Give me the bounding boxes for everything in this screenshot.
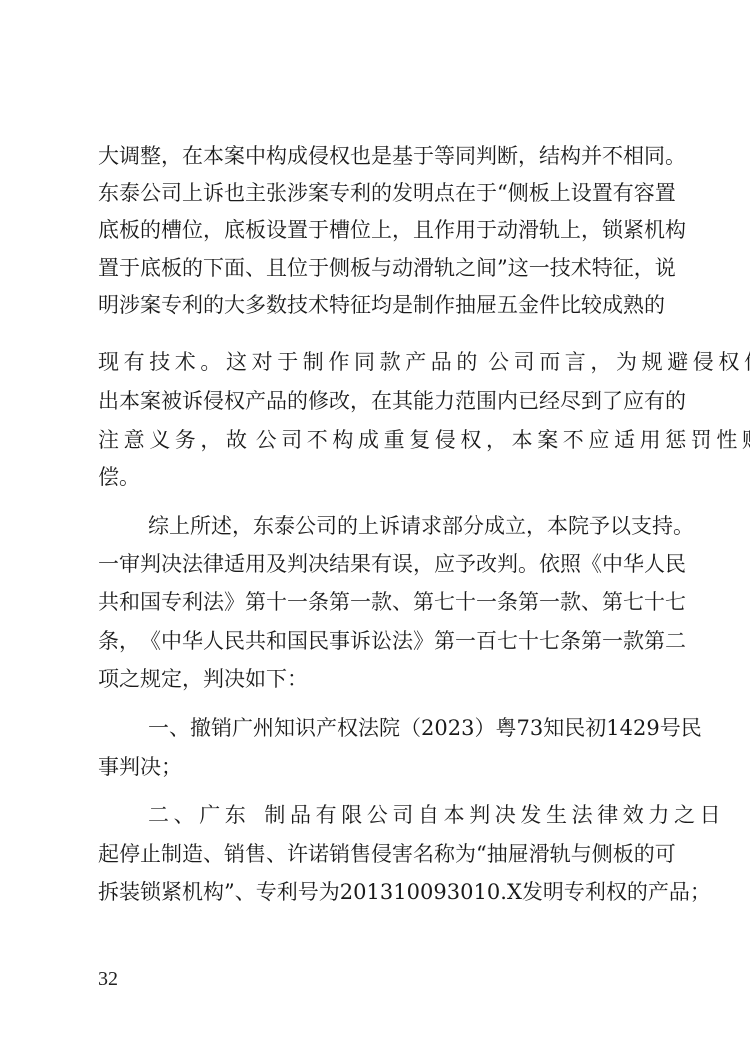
text-line: 注意义务，故 公司不构成重复侵权，本案不应适用惩罚性赔 [98, 425, 654, 455]
line-text-after: 公司不构成重复侵权，本案不应适用惩罚性赔 [256, 425, 750, 455]
line-text: 项之规定，判决如下： [98, 664, 308, 694]
text-line: 底板的槽位，底板设置于槽位上，且作用于动滑轨上，锁紧机构 [98, 215, 654, 245]
text-line: 明涉案专利的大多数技术特征均是制作抽屉五金件比较成熟的 [98, 290, 654, 320]
document-page: 大调整，在本案中构成侵权也是基于等同判断，结构并不相同。 东泰公司上诉也主张涉案… [0, 0, 750, 1061]
line-text-before: 注意义务，故 [98, 425, 252, 455]
text-line: 条，《中华人民共和国民事诉讼法》第一百七十七条第一款第二 [98, 626, 654, 656]
text-line: 起停止制造、销售、许诺销售侵害名称为“抽屉滑轨与侧板的可 [98, 839, 654, 869]
text-line: 置于底板的下面、且位于侧板与动滑轨之间”这一技术特征，说 [98, 253, 654, 283]
line-text-after: 制品有限公司自本判决发生法律效力之日 [264, 800, 725, 830]
text-line: 一、撤销广州知识产权法院（2023）粤 73 知民初 1429 号民 [98, 713, 654, 743]
line-text: 事判决； [98, 752, 182, 782]
text-line: 事判决； [98, 752, 654, 782]
text-line: 拆装锁紧机构”、专利号为 201310093010.X 发明专利权的产品； [98, 877, 654, 907]
text-line: 综上所述，东泰公司的上诉请求部分成立，本院予以支持。 [98, 511, 654, 541]
line-text-after: 公司而言，为规避侵权作 [488, 347, 750, 377]
text-line: 东泰公司上诉也主张涉案专利的发明点在于“侧板上设置有容置 [98, 178, 654, 208]
line-text-before: 二、广东 [148, 800, 250, 830]
line-text: 偿。 [98, 462, 140, 492]
text-line: 共和国专利法》第十一条第一款、第七十一条第一款、第七十七 [98, 587, 654, 617]
line-text-before: 现有技术。这对于制作同款产品的 [98, 347, 482, 377]
text-line: 偿。 [98, 462, 654, 492]
page-number: 32 [98, 968, 118, 991]
text-line: 二、广东 制品有限公司自本判决发生法律效力之日 [98, 800, 654, 830]
text-line: 一审判决法律适用及判决结果有误，应予改判。依照《中华人民 [98, 549, 654, 579]
text-line: 现有技术。这对于制作同款产品的 公司而言，为规避侵权作 [98, 347, 654, 377]
text-line: 项之规定，判决如下： [98, 664, 654, 694]
text-line: 出本案被诉侵权产品的修改，在其能力范围内已经尽到了应有的 [98, 386, 654, 416]
text-line: 大调整，在本案中构成侵权也是基于等同判断，结构并不相同。 [98, 141, 654, 171]
